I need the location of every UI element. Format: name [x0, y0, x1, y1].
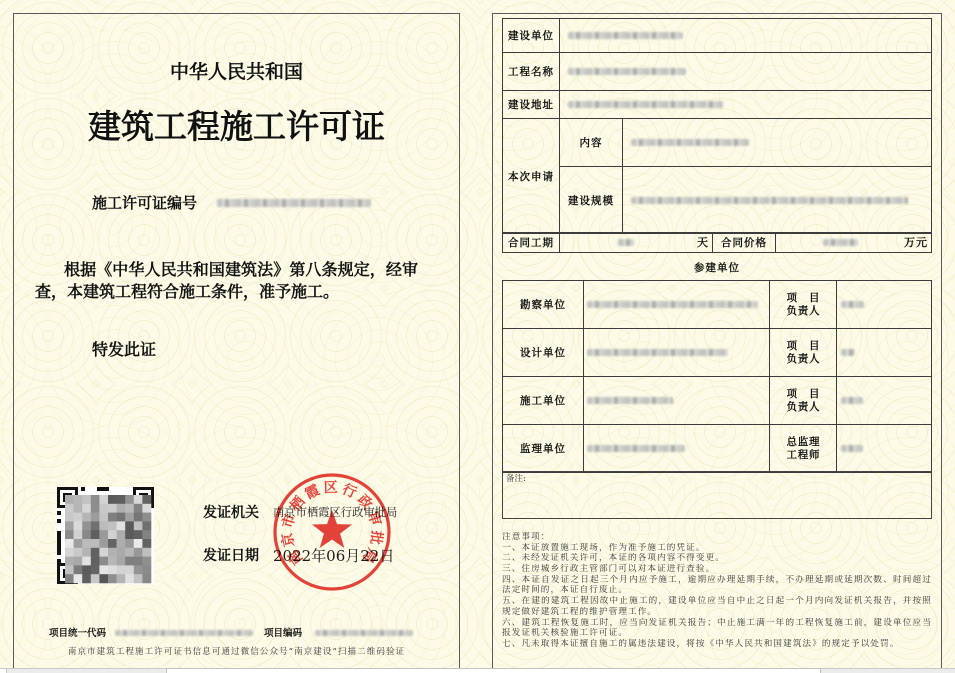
role-line-2: 负责人	[787, 353, 820, 366]
participant-role: 总监理工程师	[770, 425, 837, 473]
contract-period-value-redacted	[618, 239, 634, 246]
contract-period-label: 合同工期	[503, 233, 560, 253]
participant-unit-value-redacted	[587, 349, 728, 356]
construction-unit-value-redacted	[568, 32, 683, 39]
scrollbar-thumb[interactable]	[166, 668, 821, 673]
issue-date-label: 发证日期	[203, 548, 259, 564]
application-content-row: 本次申请 内容	[503, 119, 932, 167]
participant-unit-value	[584, 281, 770, 329]
note-item-4-cont: 法定时间的，本证自行废止。	[502, 585, 932, 596]
contract-price-unit: 万元	[904, 237, 928, 249]
note-item-6: 六、建筑工程恢复施工时，应当向发证机关报告；中止施工满一年的工程恢复施工前，建设…	[502, 618, 932, 629]
project-code-value-redacted	[315, 630, 413, 636]
role-line-1: 项目	[787, 292, 820, 305]
country-name: 中华人民共和国	[13, 61, 460, 83]
contract-period-value: 天	[560, 233, 713, 253]
star-icon	[312, 510, 352, 548]
application-scale-value-redacted	[631, 197, 908, 204]
participant-person-redacted	[841, 445, 863, 452]
permit-number-label: 施工许可证编号	[92, 195, 197, 211]
issued-text: 特发此证	[92, 341, 156, 359]
construction-address-value-redacted	[568, 101, 723, 108]
participant-person	[837, 377, 932, 425]
participants-title: 参建单位	[502, 260, 932, 276]
participant-person	[837, 281, 932, 329]
horizontal-scrollbar[interactable]	[0, 668, 955, 673]
project-name-row: 工程名称	[503, 53, 932, 91]
statement-line-1: 根据《中华人民共和国建筑法》第八条规定，经审	[64, 261, 418, 279]
construction-unit-label: 建设单位	[503, 19, 560, 53]
application-scale-row: 建设规模	[503, 167, 932, 234]
note-item-1: 一、本证放置施工现场，作为准予施工的凭证。	[502, 543, 932, 554]
participant-unit-value-redacted	[587, 397, 673, 404]
statement-line-2: 查，本建筑工程符合施工条件，准予施工。	[35, 283, 339, 301]
participant-unit-label: 施工单位	[503, 377, 584, 425]
role-line-1: 项目	[787, 340, 820, 353]
participant-row-supervision: 监理单位 总监理工程师	[503, 425, 932, 473]
participant-person-redacted	[841, 301, 864, 308]
participant-person	[837, 425, 932, 473]
participant-role: 项目负责人	[770, 329, 837, 377]
application-label: 本次申请	[503, 119, 560, 234]
project-unified-code-label: 项目统一代码	[49, 628, 106, 639]
participants-table: 勘察单位 项目负责人 设计单位 项目负责人 施工单位 项目负责人 监理单位 总监…	[502, 280, 932, 473]
participant-person-redacted	[841, 349, 855, 356]
project-name-value	[560, 53, 932, 91]
qr-code-icon	[57, 487, 154, 584]
issuing-authority-label: 发证机关	[203, 505, 259, 521]
participant-unit-value	[584, 377, 770, 425]
construction-address-row: 建设地址	[503, 91, 932, 119]
role-line-1: 项目	[787, 388, 820, 401]
participant-person	[837, 329, 932, 377]
participant-role: 项目负责人	[770, 377, 837, 425]
contract-table: 合同工期 天 合同价格 万元	[502, 232, 932, 253]
contract-row: 合同工期 天 合同价格 万元	[503, 233, 932, 253]
participant-unit-label: 设计单位	[503, 329, 584, 377]
note-item-2: 二、未经发证机关许可，本证的各项内容不得变更。	[502, 553, 932, 564]
project-name-value-redacted	[568, 68, 686, 75]
note-item-4: 四、本证自发证之日起三个月内应予施工，逾期应办理延期手续，不办理延期或延期次数、…	[502, 575, 932, 586]
application-scale-value	[623, 167, 932, 234]
participant-unit-value-redacted	[587, 445, 685, 452]
official-seal: 南京市栖霞区行政审批局	[270, 470, 394, 594]
application-content-label: 内容	[560, 119, 623, 167]
contract-price-label: 合同价格	[713, 233, 776, 253]
role-line-2: 工程师	[787, 449, 820, 462]
participant-row-design: 设计单位 项目负责人	[503, 329, 932, 377]
project-name-label: 工程名称	[503, 53, 560, 91]
construction-address-value	[560, 91, 932, 119]
role-line-1: 总监理	[787, 436, 820, 449]
note-item-3: 三、住房城乡行政主管部门可以对本证进行查验。	[502, 564, 932, 575]
note-item-6-cont: 报发证机关核验施工许可证。	[502, 628, 932, 639]
verification-note: 南京市建筑工程施工许可证书信息可通过微信公众号“南京建设”扫描二维码验证	[13, 647, 460, 658]
project-info-table: 建设单位 工程名称 建设地址 本次申请 内容 建设规模	[502, 18, 932, 234]
note-item-5: 五、在建的建筑工程因故中止施工的，建设单位应当自中止之日起一个月内向发证机关报告…	[502, 596, 932, 607]
participant-unit-label: 监理单位	[503, 425, 584, 473]
project-code-label: 项目编码	[264, 628, 302, 639]
contract-price-value-redacted	[823, 239, 858, 246]
participant-role: 项目负责人	[770, 281, 837, 329]
role-line-2: 负责人	[787, 305, 820, 318]
participant-row-survey: 勘察单位 项目负责人	[503, 281, 932, 329]
participant-row-construction: 施工单位 项目负责人	[503, 377, 932, 425]
notes-section: 注意事项： 一、本证放置施工现场，作为准予施工的凭证。 二、未经发证机关许可，本…	[502, 532, 932, 650]
remarks-label: 备注:	[506, 474, 526, 485]
application-content-value-redacted	[631, 139, 749, 146]
remarks-box: 备注:	[502, 471, 932, 519]
contract-price-value: 万元	[776, 233, 932, 253]
role-line-2: 负责人	[787, 401, 820, 414]
participant-unit-value	[584, 425, 770, 473]
participant-unit-value-redacted	[587, 301, 758, 308]
scroll-left-button[interactable]	[0, 669, 7, 673]
permit-number-value-redacted	[217, 199, 371, 207]
application-scale-label: 建设规模	[560, 167, 623, 234]
participant-person-redacted	[841, 397, 863, 404]
project-unified-code-value-redacted	[115, 630, 253, 636]
note-item-7: 七、凡未取得本证擅自施工的属违法建设，将按《中华人民共和国建筑法》的规定予以处罚…	[502, 639, 932, 650]
participant-unit-value	[584, 329, 770, 377]
construction-unit-row: 建设单位	[503, 19, 932, 53]
contract-period-unit: 天	[697, 237, 709, 249]
certificate-title: 建筑工程施工许可证	[13, 109, 460, 145]
construction-unit-value	[560, 19, 932, 53]
notes-title: 注意事项：	[502, 532, 932, 543]
participant-unit-label: 勘察单位	[503, 281, 584, 329]
construction-address-label: 建设地址	[503, 91, 560, 119]
note-item-5-cont: 规定做好建筑工程的维护管理工作。	[502, 607, 932, 618]
application-content-value	[623, 119, 932, 167]
